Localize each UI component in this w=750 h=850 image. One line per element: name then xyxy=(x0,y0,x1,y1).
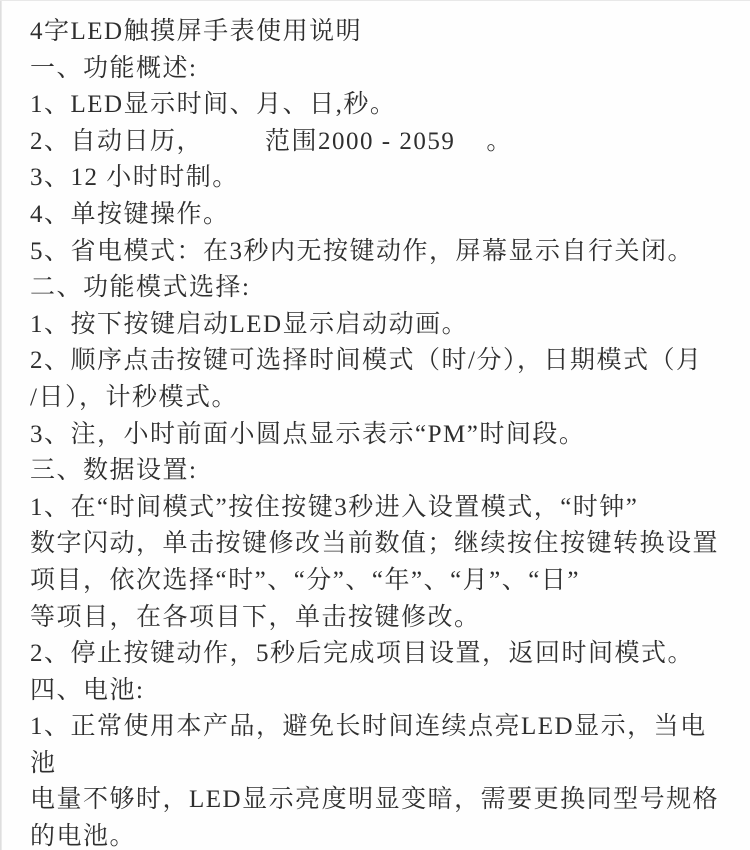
section-4-item-1c: 的电池。 xyxy=(30,819,730,850)
section-3-item-1a: 1、在“时间模式”按住按键3秒进入设置模式，“时钟” xyxy=(30,490,730,527)
scan-edge-left xyxy=(0,0,2,850)
section-1-item-4: 4、单按键操作。 xyxy=(30,197,730,234)
document-page: 4字LED触摸屏手表使用说明一、功能概述:1、LED显示时间、月、日,秒。2、自… xyxy=(0,0,750,850)
section-1-heading: 一、功能概述: xyxy=(30,51,730,88)
section-2-item-1: 1、按下按键启动LED显示启动动画。 xyxy=(30,307,730,344)
section-1-item-1: 1、LED显示时间、月、日,秒。 xyxy=(30,87,730,124)
section-4-item-1a: 1、正常使用本产品，避免长时间连续点亮LED显示，当电池 xyxy=(30,709,730,782)
scan-edge-top xyxy=(0,0,750,1)
section-2-heading: 二、功能模式选择: xyxy=(30,270,730,307)
section-4-item-1b: 电量不够时，LED显示亮度明显变暗，需要更换同型号规格 xyxy=(30,782,730,819)
section-4-heading: 四、电池: xyxy=(30,673,730,710)
document-lines: 4字LED触摸屏手表使用说明一、功能概述:1、LED显示时间、月、日,秒。2、自… xyxy=(30,14,730,850)
section-3-item-1c: 项目，依次选择“时”、“分”、“年”、“月”、“日” xyxy=(30,563,730,600)
section-1-item-2: 2、自动日历， 范围2000 - 2059 。 xyxy=(30,124,730,161)
title-line: 4字LED触摸屏手表使用说明 xyxy=(30,14,730,51)
section-3-heading: 三、数据设置: xyxy=(30,453,730,490)
section-2-item-2b: /日），计秒模式。 xyxy=(30,380,730,417)
section-3-item-2: 2、停止按键动作，5秒后完成项目设置，返回时间模式。 xyxy=(30,636,730,673)
section-2-item-3: 3、注，小时前面小圆点显示表示“PM”时间段。 xyxy=(30,417,730,454)
section-1-item-5: 5、省电模式：在3秒内无按键动作，屏幕显示自行关闭。 xyxy=(30,234,730,271)
section-2-item-2a: 2、顺序点击按键可选择时间模式（时/分），日期模式（月 xyxy=(30,343,730,380)
section-3-item-1d: 等项目，在各项目下，单击按键修改。 xyxy=(30,600,730,637)
section-3-item-1b: 数字闪动，单击按键修改当前数值；继续按住按键转换设置 xyxy=(30,526,730,563)
section-1-item-3: 3、12 小时时制。 xyxy=(30,160,730,197)
